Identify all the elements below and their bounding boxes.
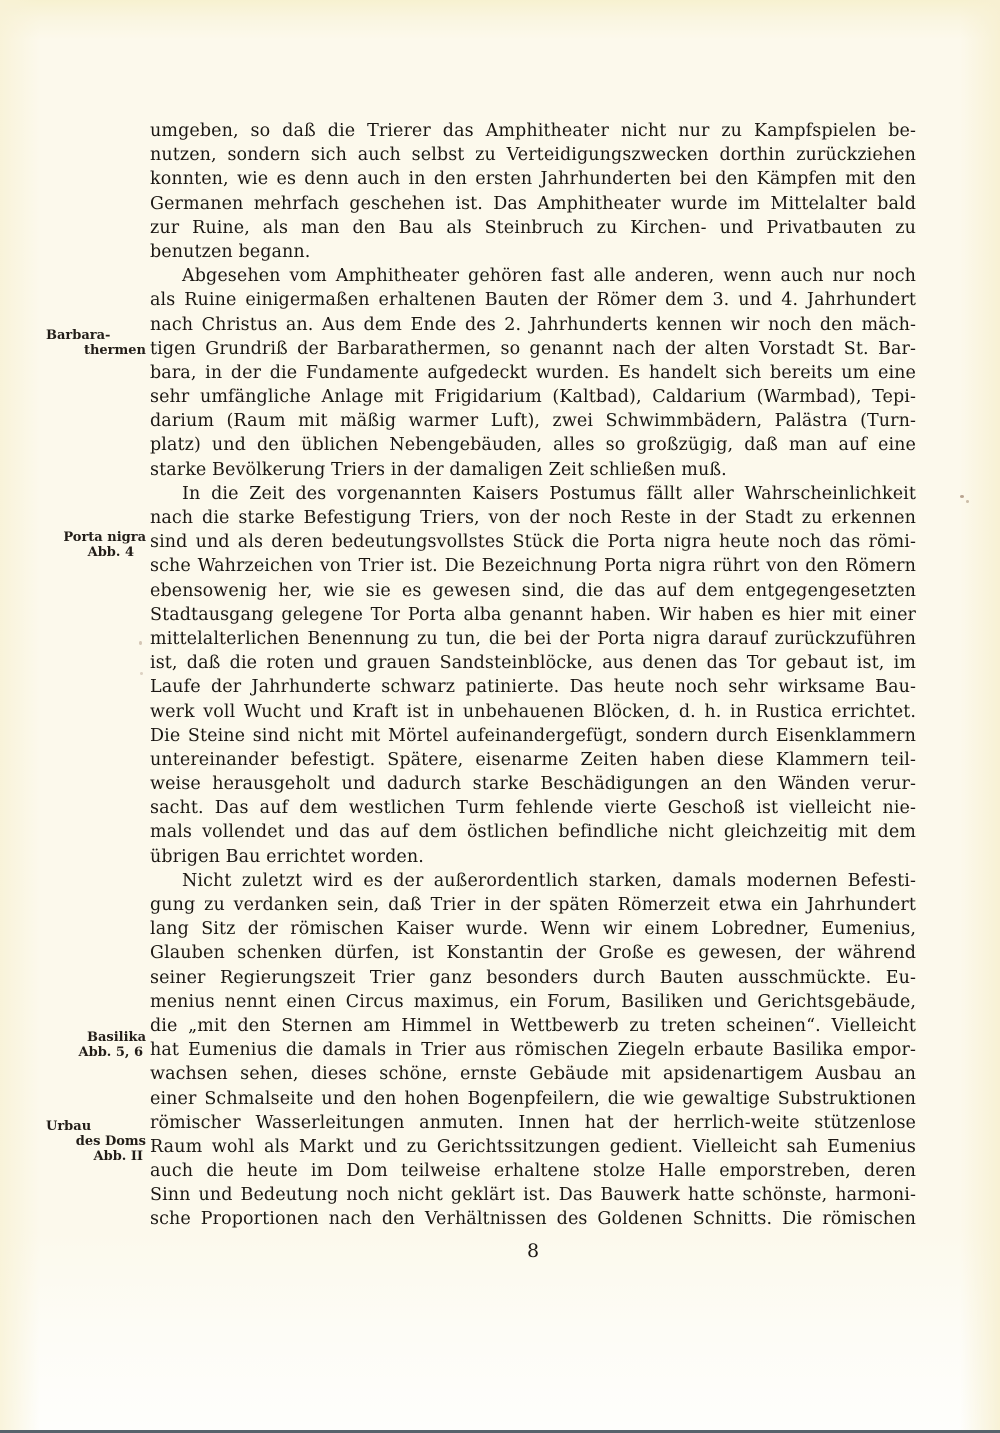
margin-note-line: Barbara- bbox=[44, 328, 146, 343]
text-line: benutzen begann. bbox=[150, 240, 916, 264]
text-line: Raum wohl als Markt und zu Gerichtssitzu… bbox=[150, 1135, 916, 1159]
text-line: nutzen, sondern sich auch selbst zu Vert… bbox=[150, 143, 916, 167]
text-line: hat Eumenius die damals in Trier aus röm… bbox=[150, 1038, 916, 1062]
text-line: auch die heute im Dom teilweise erhalten… bbox=[150, 1159, 916, 1183]
text-line: ebensowenig her, wie sie es gewesen sind… bbox=[150, 579, 916, 603]
paragraph: Abgesehen vom Amphitheater gehören fast … bbox=[150, 264, 916, 482]
text-line: als Ruine einigermaßen erhaltenen Bauten… bbox=[150, 288, 916, 312]
text-line: übrigen Bau errichtet worden. bbox=[150, 845, 916, 869]
text-line: Abgesehen vom Amphitheater gehören fast … bbox=[150, 264, 916, 288]
text-line: gung zu verdanken sein, daß Trier in der… bbox=[150, 893, 916, 917]
text-line: Laufe der Jahrhunderte schwarz patiniert… bbox=[150, 675, 916, 699]
text-line: bara, in der die Fundamente aufgedeckt w… bbox=[150, 361, 916, 385]
text-line: seiner Regierungszeit Trier ganz besonde… bbox=[150, 966, 916, 990]
text-line: weise herausgeholt und dadurch starke Be… bbox=[150, 772, 916, 796]
margin-note-line: Abb. II bbox=[44, 1149, 146, 1164]
text-line: sacht. Das auf dem westlichen Turm fehle… bbox=[150, 796, 916, 820]
text-line: sehr umfängliche Anlage mit Frigidarium … bbox=[150, 385, 916, 409]
text-line: römischer Wasserleitungen anmuten. Innen… bbox=[150, 1111, 916, 1135]
text-line: sche Proportionen nach den Verhältnissen… bbox=[150, 1207, 916, 1231]
text-line: Germanen mehrfach geschehen ist. Das Amp… bbox=[150, 192, 916, 216]
text-line: sind und als deren bedeutungsvollstes St… bbox=[150, 530, 916, 554]
margin-note-line: Abb. 4 bbox=[44, 545, 146, 560]
margin-note-line: Urbau bbox=[44, 1119, 146, 1134]
text-line: Nicht zuletzt wird es der außerordentlic… bbox=[150, 869, 916, 893]
text-line: lang Sitz der römischen Kaiser wurde. We… bbox=[150, 917, 916, 941]
scanned-book-page: Barbara-thermenPorta nigraAbb. 4Basilika… bbox=[0, 0, 1000, 1433]
text-line: zur Ruine, als man den Bau als Steinbruc… bbox=[150, 216, 916, 240]
text-line: ist, daß die roten und grauen Sandsteinb… bbox=[150, 651, 916, 675]
text-line: Die Steine sind nicht mit Mörtel aufeina… bbox=[150, 724, 916, 748]
text-line: Stadtausgang gelegene Tor Porta alba gen… bbox=[150, 603, 916, 627]
margin-note-line: thermen bbox=[44, 343, 146, 358]
text-line: nach die starke Befestigung Triers, von … bbox=[150, 506, 916, 530]
paper-speck bbox=[139, 641, 142, 645]
text-line: darium (Raum mit mäßig warmer Luft), zwe… bbox=[150, 409, 916, 433]
text-line: die „mit den Sternen am Himmel in Wettbe… bbox=[150, 1014, 916, 1038]
page-number: 8 bbox=[150, 1240, 916, 1262]
text-line: tigen Grundriß der Barbarathermen, so ge… bbox=[150, 337, 916, 361]
text-line: mittelalterlichen Benennung zu tun, die … bbox=[150, 627, 916, 651]
paragraph: In die Zeit des vorgenannten Kaisers Pos… bbox=[150, 482, 916, 869]
text-line: menius nennt einen Circus maximus, ein F… bbox=[150, 990, 916, 1014]
margin-note-line: Basilika bbox=[44, 1030, 146, 1045]
paper-speck bbox=[140, 672, 143, 675]
margin-note-line: Porta nigra bbox=[44, 530, 146, 545]
text-line: nach Christus an. Aus dem Ende des 2. Ja… bbox=[150, 313, 916, 337]
text-line: einer Schmalseite und den hohen Bogenpfe… bbox=[150, 1087, 916, 1111]
text-line: wachsen sehen, dieses schöne, ernste Geb… bbox=[150, 1062, 916, 1086]
margin-note: BasilikaAbb. 5, 6 bbox=[44, 1030, 146, 1060]
paragraph: Nicht zuletzt wird es der außerordentlic… bbox=[150, 869, 916, 1232]
margin-note: Porta nigraAbb. 4 bbox=[44, 530, 146, 560]
text-line: mals vollendet und das auf dem östlichen… bbox=[150, 820, 916, 844]
margin-note: Barbara-thermen bbox=[44, 328, 146, 358]
text-line: In die Zeit des vorgenannten Kaisers Pos… bbox=[150, 482, 916, 506]
margin-note-line: des Doms bbox=[44, 1134, 146, 1149]
text-line: sche Wahrzeichen von Trier ist. Die Beze… bbox=[150, 554, 916, 578]
body-text-block: umgeben, so daß die Trierer das Amphithe… bbox=[150, 119, 916, 1232]
paper-speck bbox=[966, 500, 969, 503]
margin-note: Urbaudes DomsAbb. II bbox=[44, 1119, 146, 1164]
text-line: werk voll Wucht und Kraft ist in unbehau… bbox=[150, 700, 916, 724]
text-line: umgeben, so daß die Trierer das Amphithe… bbox=[150, 119, 916, 143]
text-line: starke Bevölkerung Triers in der damalig… bbox=[150, 458, 916, 482]
margin-note-line: Abb. 5, 6 bbox=[44, 1045, 146, 1060]
text-line: Glauben schenken dürfen, ist Konstantin … bbox=[150, 941, 916, 965]
paper-speck bbox=[960, 495, 964, 498]
paragraph: umgeben, so daß die Trierer das Amphithe… bbox=[150, 119, 916, 264]
text-line: Sinn und Bedeutung noch nicht geklärt is… bbox=[150, 1183, 916, 1207]
text-line: platz) und den üblichen Nebengebäuden, a… bbox=[150, 433, 916, 457]
text-line: untereinander befestigt. Spätere, eisena… bbox=[150, 748, 916, 772]
text-line: konnten, wie es denn auch in den ersten … bbox=[150, 167, 916, 191]
